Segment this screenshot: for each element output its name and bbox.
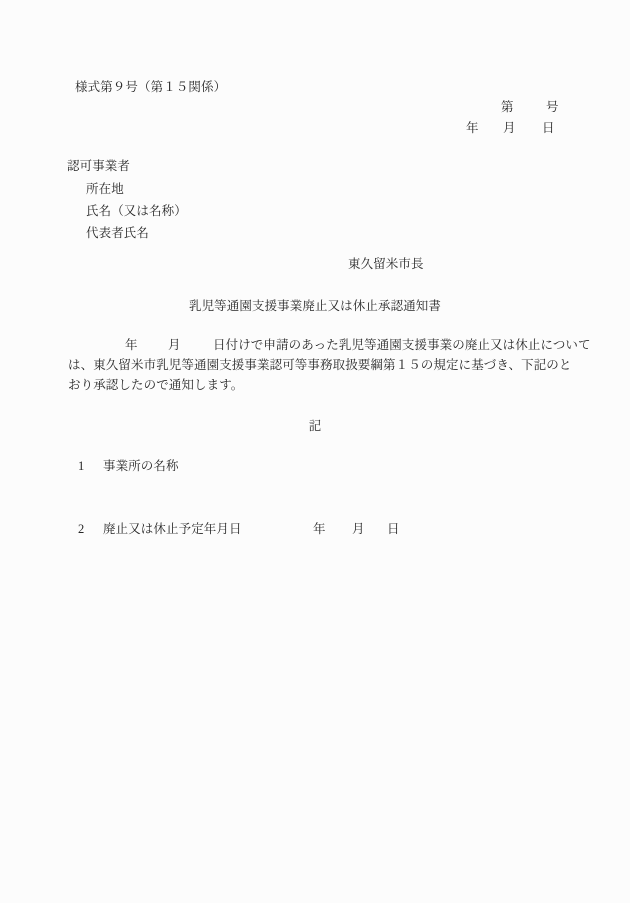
form-number: 様式第９号（第１５関係） (75, 80, 226, 95)
body-line3-text: おり承認したので通知します。 (68, 378, 243, 393)
item-2-label: 廃止又は休止予定年月日 (103, 522, 242, 537)
body-date-year-label: 年 (125, 338, 138, 353)
item-2-number: 2 (78, 522, 84, 537)
doc-number-prefix: 第 (501, 100, 514, 115)
record-marker: 記 (0, 419, 630, 434)
issue-date-year-label: 年 (466, 121, 479, 136)
issue-date-day-label: 日 (542, 121, 555, 136)
body-date-month-label: 月 (168, 338, 181, 353)
notification-document-page: 様式第９号（第１５関係） 第 号 年 月 日 認可事業者 所在地 氏名（又は名称… (0, 0, 630, 903)
issuer-name: 東久留米市長 (348, 257, 424, 272)
item-1-label: 事業所の名称 (103, 459, 179, 474)
body-line2-text: は、東久留米市乳児等通園支援事業認可等事務取扱要綱第１５の規定に基づき、下記のと (68, 358, 572, 373)
recipient-address-label: 所在地 (86, 182, 124, 197)
doc-number-suffix: 号 (546, 100, 559, 115)
item-2-day-label: 日 (387, 522, 400, 537)
recipient-name-label: 氏名（又は名称） (86, 204, 187, 219)
item-1-number: 1 (78, 459, 84, 474)
recipient-heading: 認可事業者 (67, 159, 130, 174)
document-title: 乳児等通園支援事業廃止又は休止承認通知書 (0, 299, 630, 314)
body-line1-text: 日付けで申請のあった乳児等通園支援事業の廃止又は休止について (213, 338, 591, 353)
issue-date-month-label: 月 (503, 121, 516, 136)
item-2-year-label: 年 (313, 522, 326, 537)
item-2-month-label: 月 (352, 522, 365, 537)
recipient-representative-label: 代表者氏名 (86, 226, 149, 241)
